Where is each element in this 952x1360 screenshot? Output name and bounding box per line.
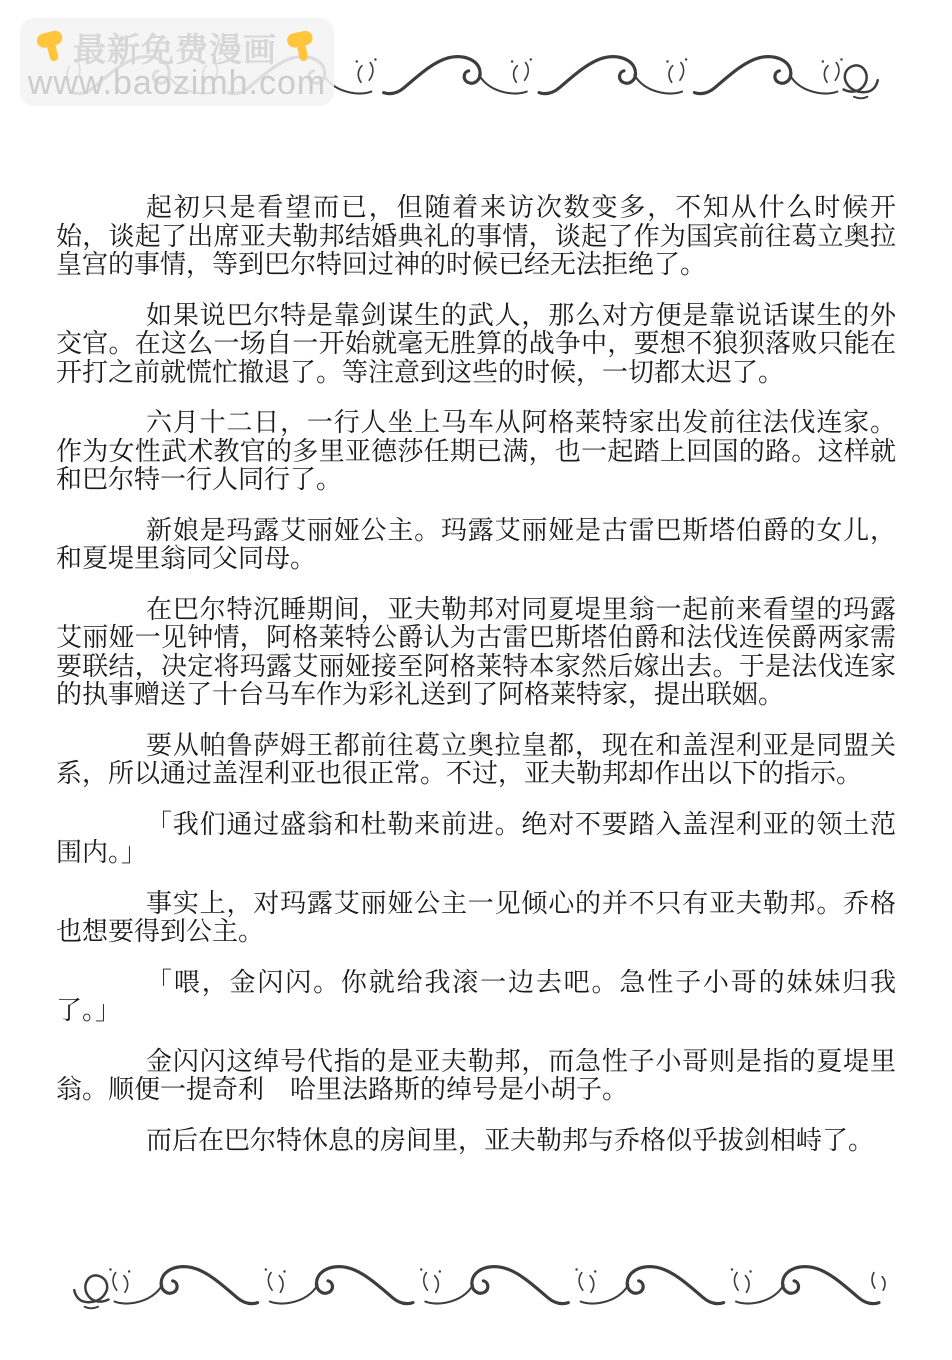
paragraph: 起初只是看望而已，但随着来访次数变多，不知从什么时候开始，谈起了出席亚夫勒邦结婚… — [56, 194, 896, 280]
bottom-ornament-divider — [56, 1256, 890, 1314]
paragraph: 而后在巴尔特休息的房间里，亚夫勒邦与乔格似乎拔剑相峙了。 — [56, 1127, 896, 1156]
dialogue-paragraph: 「喂，金闪闪。你就给我滚一边去吧。急性子小哥的妹妹归我了。」 — [56, 969, 896, 1026]
paragraph: 六月十二日，一行人坐上马车从阿格莱特家出发前往法伐连家。作为女性武术教官的多里亚… — [56, 409, 896, 495]
pointing-down-icon — [279, 24, 324, 69]
paragraph: 新娘是玛露艾丽娅公主。玛露艾丽娅是古雷巴斯塔伯爵的女儿，和夏堤里翁同父同母。 — [56, 517, 896, 574]
novel-text: 起初只是看望而已，但随着来访次数变多，不知从什么时候开始，谈起了出席亚夫勒邦结婚… — [0, 0, 952, 1177]
novel-page: 最新免费漫画 www.baozimh.com 起初只是看望而已，但随着来访次数变… — [0, 0, 952, 1360]
paragraph: 在巴尔特沉睡期间，亚夫勒邦对同夏堤里翁一起前来看望的玛露艾丽娅一见钟情，阿格莱特… — [56, 596, 896, 710]
paragraph: 如果说巴尔特是靠剑谋生的武人，那么对方便是靠说话谋生的外交官。在这么一场自一开始… — [56, 302, 896, 388]
watermark-url: www.baozimh.com — [28, 65, 326, 101]
watermark-badge: 最新免费漫画 www.baozimh.com — [20, 18, 334, 106]
paragraph: 要从帕鲁萨姆王都前往葛立奥拉皇都，现在和盖涅利亚是同盟关系，所以通过盖涅利亚也很… — [56, 732, 896, 789]
paragraph: 事实上，对玛露艾丽娅公主一见倾心的并不只有亚夫勒邦。乔格也想要得到公主。 — [56, 890, 896, 947]
paragraph: 金闪闪这绰号代指的是亚夫勒邦，而急性子小哥则是指的夏堤里翁。顺便一提奇利 哈里法… — [56, 1048, 896, 1105]
dialogue-paragraph: 「我们通过盛翁和杜勒来前进。绝对不要踏入盖涅利亚的领土范围内。」 — [56, 811, 896, 868]
